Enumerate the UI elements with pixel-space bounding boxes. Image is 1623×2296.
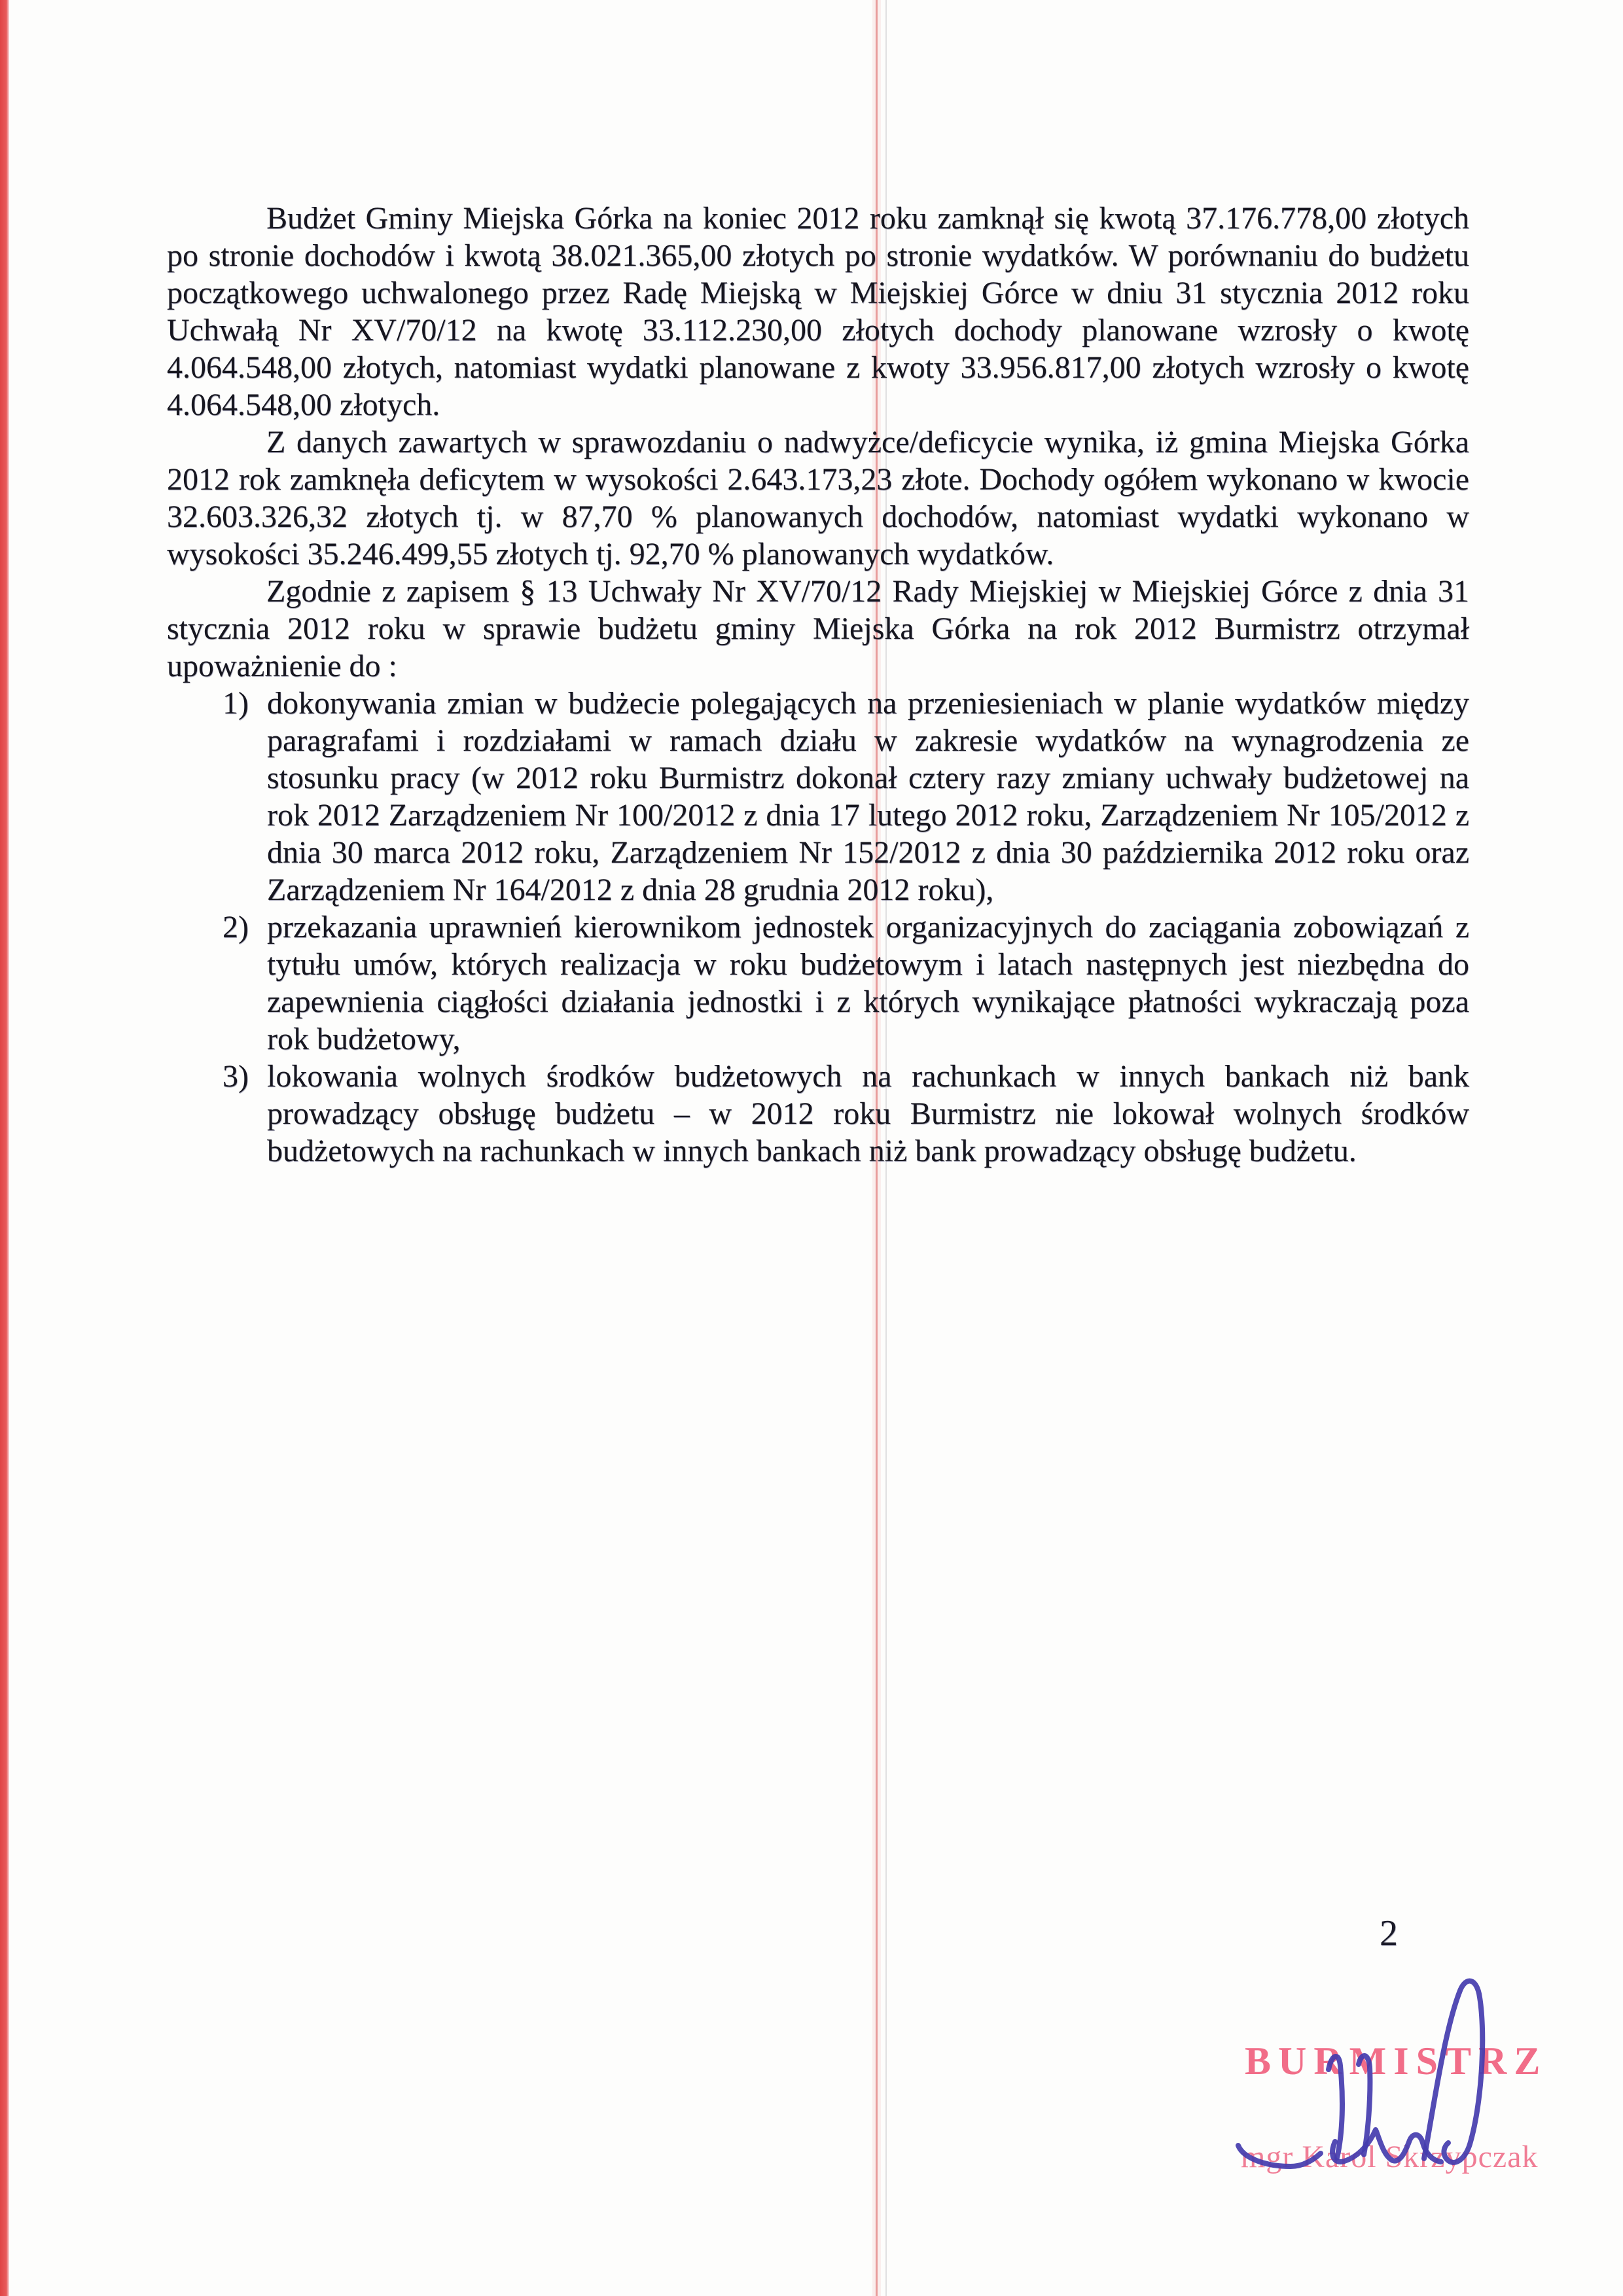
list-item-marker: 2): [223, 908, 249, 946]
document-page: Budżet Gminy Miejska Górka na koniec 201…: [0, 0, 1623, 2296]
document-text: Budżet Gminy Miejska Górka na koniec 201…: [167, 200, 1469, 1170]
list-item-marker: 3): [223, 1058, 249, 1095]
list-item-text: lokowania wolnych środków budżetowych na…: [267, 1059, 1469, 1168]
paragraph: Zgodnie z zapisem § 13 Uchwały Nr XV/70/…: [167, 573, 1469, 685]
list-item: 1)dokonywania zmian w budżecie polegając…: [267, 685, 1469, 908]
signature-stroke: [1238, 2145, 1321, 2166]
list-item-text: dokonywania zmian w budżecie polegającyc…: [267, 686, 1469, 907]
list-item: 3)lokowania wolnych środków budżetowych …: [267, 1058, 1469, 1170]
signature-stroke: [1424, 1981, 1482, 2162]
paragraph: Z danych zawartych w sprawozdaniu o nadw…: [167, 423, 1469, 573]
list-item-text: przekazania uprawnień kierownikom jednos…: [267, 910, 1469, 1056]
scan-edge-artifact: [0, 0, 9, 2296]
scanned-document: { "page": { "number": "2" }, "paragraphs…: [0, 0, 1623, 2296]
list-item-marker: 1): [223, 685, 249, 722]
paragraph: Budżet Gminy Miejska Górka na koniec 201…: [167, 200, 1469, 423]
list-item: 2)przekazania uprawnień kierownikom jedn…: [267, 908, 1469, 1058]
page-number: 2: [1380, 1912, 1398, 1954]
signature-ink: [1230, 1970, 1505, 2186]
